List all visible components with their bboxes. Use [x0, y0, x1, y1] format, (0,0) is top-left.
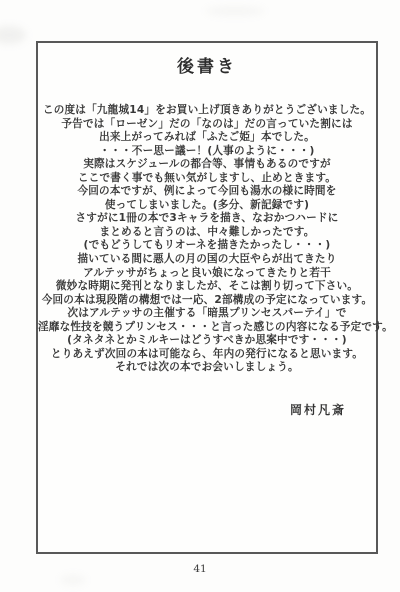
afterword-line: 今回の本は現段階の構想では一応、2部構成の予定になっています。: [38, 294, 376, 308]
afterword-line: (でもどうしてもリオーネを描きたかったし・・・): [38, 239, 376, 253]
afterword-line: アルテッサがちょっと良い娘になってきたりと若干: [38, 267, 376, 281]
afterword-frame: 後書き この度は「九龍城14」をお買い上げ頂きありがとうございました。 予告では…: [36, 41, 378, 554]
afterword-line: とりあえず次回の本は可能なら、年内の発行になると思います。: [38, 348, 376, 362]
page-number: 41: [0, 563, 400, 575]
scan-smudge: [60, 575, 86, 585]
afterword-line: 淫靡な性技を競うプリンセス・・・と言った感じの内容になる予定です。: [38, 321, 376, 335]
afterword-line: 実際はスケジュールの都合等、事情もあるのですが: [38, 158, 376, 172]
afterword-line: 描いている間に悪人の月の国の大臣やらが出てきたり: [38, 253, 376, 267]
afterword-line: 次はアルテッサの主催する「暗黒プリンセスパーテイ」で: [38, 307, 376, 321]
afterword-line: 出来上がってみれば「ふたご姫」本でした。: [38, 131, 376, 145]
afterword-text: この度は「九龍城14」をお買い上げ頂きありがとうございました。 予告では「ローゼ…: [38, 104, 376, 375]
afterword-line: それでは次の本でお会いしましょう。: [38, 361, 376, 375]
afterword-line: まとめると言うのは、中々難しかったです。: [38, 226, 376, 240]
author-signature: 岡村凡斎: [290, 401, 346, 418]
scan-smudge: [205, 6, 265, 16]
afterword-line: ・・・不ー思ー議ー！(人事のように・・・): [38, 145, 376, 159]
scan-smudge: [0, 26, 26, 44]
afterword-line: 今回の本ですが、例によって今回も湯水の様に時間を: [38, 185, 376, 199]
afterword-line: 使ってしまいました。(多分、新記録です): [38, 199, 376, 213]
afterword-line: この度は「九龍城14」をお買い上げ頂きありがとうございました。: [38, 104, 376, 118]
afterword-line: 予告では「ローゼン」だの「なのは」だの言っていた割には: [38, 118, 376, 132]
afterword-line: さすがに1冊の本で3キャラを描き、なおかつハードに: [38, 212, 376, 226]
scanned-page: 後書き この度は「九龍城14」をお買い上げ頂きありがとうございました。 予告では…: [0, 0, 400, 592]
page-title: 後書き: [38, 52, 376, 77]
afterword-line: ここで書く事でも無い気がしますし、止めときます。: [38, 172, 376, 186]
afterword-line: 微妙な時期に発刊となりましたが、そこは割り切って下さい。: [38, 280, 376, 294]
afterword-line: (タネタネとかミルキーはどうすべきか思案中です・・・): [38, 334, 376, 348]
